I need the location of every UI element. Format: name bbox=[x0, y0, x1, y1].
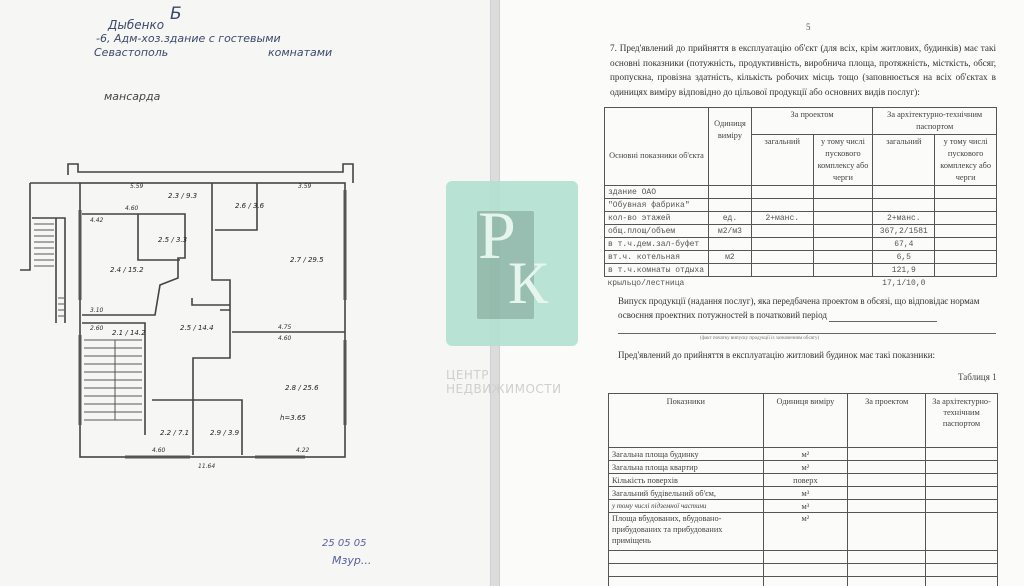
svg-text:2.6 / 3.6: 2.6 / 3.6 bbox=[235, 202, 265, 210]
svg-text:2.60: 2.60 bbox=[90, 325, 104, 332]
table-row: "Обувная фабрика" bbox=[605, 199, 997, 212]
cell-unit bbox=[708, 238, 751, 251]
header-unit: Одиниця виміру bbox=[708, 108, 751, 186]
handwritten-street: Дыбенко bbox=[108, 18, 164, 32]
table-row: в т.ч.дем.зал-буфет67,4 bbox=[605, 238, 997, 251]
table-row: у тому числі підземної частиним³ bbox=[609, 500, 998, 513]
cell-passport bbox=[926, 551, 998, 564]
handwritten-floor-label: мансарда bbox=[104, 90, 160, 103]
cell-proj-launch bbox=[813, 199, 873, 212]
cell-proj-total bbox=[751, 199, 813, 212]
cell-unit bbox=[708, 186, 751, 199]
cell-pass-launch bbox=[935, 264, 997, 277]
svg-text:2.4 / 15.2: 2.4 / 15.2 bbox=[110, 266, 144, 274]
svg-text:4.60: 4.60 bbox=[278, 335, 292, 342]
cell-pass-total: 367,2/1581 bbox=[873, 225, 935, 238]
table-row: Загальна площа квартирм² bbox=[609, 461, 998, 474]
table-row: Загальна площа будинкум² bbox=[609, 448, 998, 461]
cell-passport bbox=[926, 461, 998, 474]
t2-header-passport: За архітектурно-технічним паспортом bbox=[926, 394, 998, 448]
cell-pass-total: 2+манс. bbox=[873, 212, 935, 225]
page-number: 5 bbox=[806, 22, 811, 32]
watermark-caption-line2: НЕДВИЖИМОСТИ bbox=[446, 383, 562, 397]
svg-text:2.1 / 14.2: 2.1 / 14.2 bbox=[112, 329, 146, 337]
cell-project bbox=[848, 513, 926, 551]
header-by-passport: За архітектурно-технічним паспортом bbox=[873, 108, 997, 135]
svg-text:5.59: 5.59 bbox=[130, 183, 144, 190]
cell-indicator: Кількість поверхів bbox=[609, 474, 764, 487]
cell-project bbox=[848, 448, 926, 461]
cell-pass-total bbox=[873, 186, 935, 199]
handwritten-building-desc-cont: комнатами bbox=[268, 46, 332, 59]
cell-proj-total bbox=[751, 186, 813, 199]
cell-proj-launch bbox=[813, 212, 873, 225]
cell-pass-launch bbox=[935, 212, 997, 225]
cell-passport bbox=[926, 448, 998, 461]
cell-proj-launch bbox=[813, 238, 873, 251]
cell-pass-total bbox=[873, 199, 935, 212]
watermark-caption-line1: ЦЕНТР bbox=[446, 369, 562, 383]
cell-unit: м² bbox=[763, 513, 848, 551]
cell-name: в т.ч.дем.зал-буфет bbox=[605, 238, 709, 251]
cell-indicator: Загальний будівельний об'єм, bbox=[609, 487, 764, 500]
watermark-letter-k: К bbox=[508, 253, 548, 313]
cell-pass-launch bbox=[935, 251, 997, 264]
cell-project bbox=[848, 461, 926, 474]
cell-indicator bbox=[609, 577, 764, 586]
table-row: кол-во этажейед.2+манс.2+манс. bbox=[605, 212, 997, 225]
header-project-launch: у тому числі пускового комплексу або чер… bbox=[813, 135, 873, 186]
handwritten-letter: Б bbox=[170, 4, 182, 24]
cell-project bbox=[848, 474, 926, 487]
cell-project bbox=[848, 564, 926, 577]
svg-text:4.60: 4.60 bbox=[125, 205, 139, 212]
svg-text:2.3 / 9.3: 2.3 / 9.3 bbox=[168, 192, 197, 200]
table-row bbox=[609, 577, 998, 586]
cell-indicator bbox=[609, 564, 764, 577]
header-by-project: За проектом bbox=[751, 108, 872, 135]
cell-pass-total: 17,1/10,0 bbox=[873, 277, 935, 290]
cell-unit bbox=[708, 264, 751, 277]
table-row: Загальний будівельний об'єм,м³ bbox=[609, 487, 998, 500]
cell-project bbox=[848, 500, 926, 513]
table-row bbox=[609, 564, 998, 577]
output-line-caption: (факт початку випуску продукції із зазна… bbox=[700, 336, 819, 341]
cell-proj-launch bbox=[813, 264, 873, 277]
output-paragraph: Випуск продукції (надання послуг), яка п… bbox=[618, 294, 996, 322]
cell-project bbox=[848, 551, 926, 564]
handwritten-building-desc: -6, Адм-хоз.здание с гостевыми bbox=[96, 32, 281, 45]
cell-proj-launch bbox=[813, 251, 873, 264]
header-indicators: Основні показники об'єкта bbox=[605, 108, 709, 186]
cell-unit: м³ bbox=[763, 500, 848, 513]
cell-proj-launch bbox=[813, 186, 873, 199]
svg-text:2.5 / 14.4: 2.5 / 14.4 bbox=[180, 324, 214, 332]
cell-pass-total: 6,5 bbox=[873, 251, 935, 264]
t2-header-indicators: Показники bbox=[609, 394, 764, 448]
cell-proj-launch bbox=[813, 225, 873, 238]
cell-pass-launch bbox=[935, 186, 997, 199]
svg-text:4.75: 4.75 bbox=[278, 324, 292, 331]
cell-passport bbox=[926, 564, 998, 577]
cell-indicator: Загальна площа будинку bbox=[609, 448, 764, 461]
output-blank-full-line bbox=[618, 333, 996, 334]
cell-unit bbox=[763, 577, 848, 586]
cell-indicator bbox=[609, 551, 764, 564]
handwritten-date: 25 05 05 bbox=[322, 538, 367, 549]
residential-paragraph: Пред'явлений до прийняття в експлуатацію… bbox=[618, 350, 935, 360]
header-passport-total: загальний bbox=[873, 135, 935, 186]
handwritten-signature: Мзур... bbox=[332, 554, 371, 567]
table-row: крыльцо/лестница17,1/10,0 bbox=[605, 277, 997, 290]
svg-text:3.59: 3.59 bbox=[298, 183, 312, 190]
table-row: Кількість поверхівповерх bbox=[609, 474, 998, 487]
cell-project bbox=[848, 577, 926, 586]
svg-text:2.2 / 7.1: 2.2 / 7.1 bbox=[160, 429, 189, 437]
ceiling-height-note: h=3.65 bbox=[280, 414, 306, 422]
table-row bbox=[609, 551, 998, 564]
cell-pass-launch bbox=[935, 225, 997, 238]
object-indicators-table: Основні показники об'єкта Одиниця виміру… bbox=[604, 107, 997, 290]
cell-indicator: Площа вбудованих, вбудовано-прибудованих… bbox=[609, 513, 764, 551]
residential-indicators-table: Показники Одиниця виміру За проектом За … bbox=[608, 393, 998, 586]
cell-proj-total bbox=[751, 277, 813, 290]
watermark-logo: Р К bbox=[446, 181, 578, 346]
cell-passport bbox=[926, 513, 998, 551]
cell-passport bbox=[926, 577, 998, 586]
cell-unit: поверх bbox=[763, 474, 848, 487]
left-page-floorplan: Б Дыбенко -6, Адм-хоз.здание с гостевыми… bbox=[0, 0, 490, 586]
cell-pass-total: 121,9 bbox=[873, 264, 935, 277]
cell-name: здание ОАО bbox=[605, 186, 709, 199]
cell-proj-launch bbox=[813, 277, 873, 290]
cell-unit: ед. bbox=[708, 212, 751, 225]
cell-proj-total bbox=[751, 251, 813, 264]
cell-unit: м2/м3 bbox=[708, 225, 751, 238]
cell-unit bbox=[763, 551, 848, 564]
cell-unit: м2 bbox=[708, 251, 751, 264]
header-project-total: загальний bbox=[751, 135, 813, 186]
table-row: общ.площ/объемм2/м3367,2/1581 bbox=[605, 225, 997, 238]
cell-proj-total bbox=[751, 238, 813, 251]
table-row: вт.ч. котельнаям26,5 bbox=[605, 251, 997, 264]
output-blank-line bbox=[829, 312, 937, 322]
table-caption: Таблиця 1 bbox=[958, 372, 997, 382]
cell-unit: м² bbox=[763, 461, 848, 474]
t2-header-unit: Одиниця виміру bbox=[763, 394, 848, 448]
table-row: здание ОАО bbox=[605, 186, 997, 199]
cell-passport bbox=[926, 500, 998, 513]
cell-indicator: Загальна площа квартир bbox=[609, 461, 764, 474]
cell-unit: м³ bbox=[763, 487, 848, 500]
cell-name: крыльцо/лестница bbox=[605, 277, 709, 290]
watermark-caption: ЦЕНТР НЕДВИЖИМОСТИ bbox=[446, 369, 562, 397]
svg-text:11.64: 11.64 bbox=[198, 463, 215, 470]
cell-name: вт.ч. котельная bbox=[605, 251, 709, 264]
header-passport-launch: у тому числі пускового комплексу або чер… bbox=[935, 135, 997, 186]
floor-plan-drawing: 2.4 / 15.2 2.5 / 3.3 2.3 / 9.3 2.6 / 3.6… bbox=[20, 150, 360, 480]
cell-pass-launch bbox=[935, 277, 997, 290]
svg-text:4.22: 4.22 bbox=[296, 447, 310, 454]
cell-name: кол-во этажей bbox=[605, 212, 709, 225]
svg-text:2.8 / 25.6: 2.8 / 25.6 bbox=[285, 384, 319, 392]
cell-indicator: у тому числі підземної частини bbox=[609, 500, 764, 513]
cell-project bbox=[848, 487, 926, 500]
cell-proj-total bbox=[751, 225, 813, 238]
cell-name: общ.площ/объем bbox=[605, 225, 709, 238]
cell-passport bbox=[926, 474, 998, 487]
cell-unit: м² bbox=[763, 448, 848, 461]
table-row: в т.ч.комнаты отдыха121,9 bbox=[605, 264, 997, 277]
cell-pass-total: 67,4 bbox=[873, 238, 935, 251]
svg-text:4.42: 4.42 bbox=[90, 217, 104, 224]
cell-name: "Обувная фабрика" bbox=[605, 199, 709, 212]
cell-pass-launch bbox=[935, 199, 997, 212]
cell-passport bbox=[926, 487, 998, 500]
cell-name: в т.ч.комнаты отдыха bbox=[605, 264, 709, 277]
section-7-paragraph: 7. Пред'явлений до прийняття в експлуата… bbox=[610, 41, 996, 99]
svg-text:2.7 / 29.5: 2.7 / 29.5 bbox=[290, 256, 324, 264]
table-row: Площа вбудованих, вбудовано-прибудованих… bbox=[609, 513, 998, 551]
cell-unit bbox=[763, 564, 848, 577]
cell-pass-launch bbox=[935, 238, 997, 251]
svg-text:4.60: 4.60 bbox=[152, 447, 166, 454]
t2-header-project: За проектом bbox=[848, 394, 926, 448]
svg-text:2.9 / 3.9: 2.9 / 3.9 bbox=[210, 429, 240, 437]
svg-text:2.5 / 3.3: 2.5 / 3.3 bbox=[158, 236, 187, 244]
cell-proj-total bbox=[751, 264, 813, 277]
svg-text:3.10: 3.10 bbox=[90, 307, 104, 314]
cell-unit bbox=[708, 199, 751, 212]
cell-proj-total: 2+манс. bbox=[751, 212, 813, 225]
cell-unit bbox=[708, 277, 751, 290]
handwritten-city: Севастополь bbox=[94, 46, 168, 59]
